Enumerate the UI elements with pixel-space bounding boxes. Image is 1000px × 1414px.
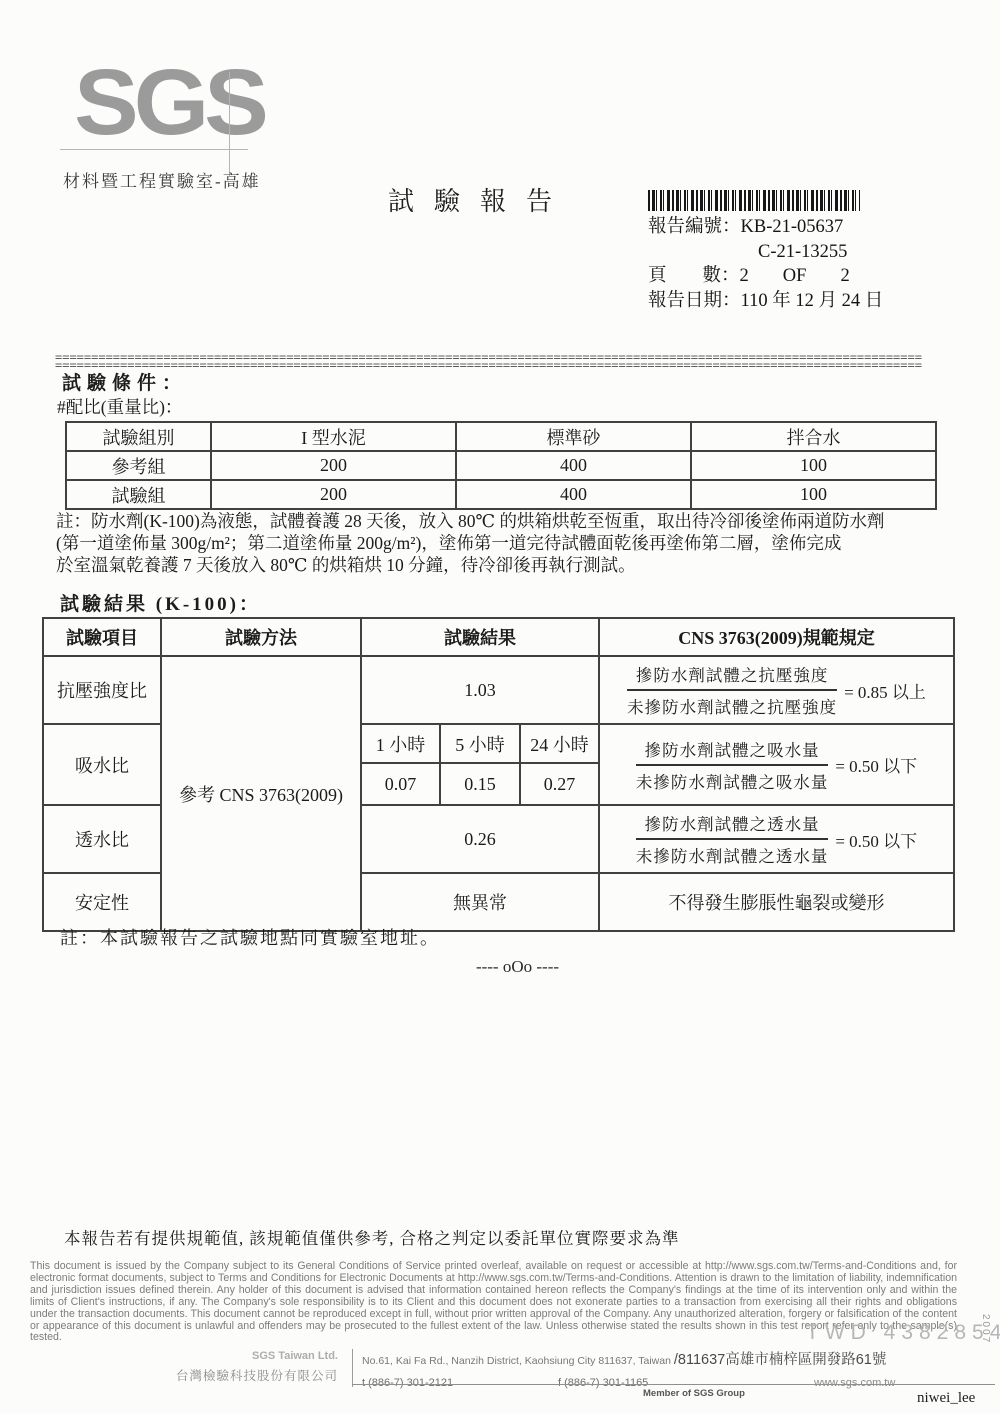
- company-name-en: SGS Taiwan Ltd.: [95, 1350, 338, 1362]
- absorption-value: 0.15: [440, 763, 520, 805]
- fraction-threshold: = 0.50 以下: [835, 827, 917, 852]
- report-info-block: 報告編號：KB-21-05637 C-21-13255 頁數：2OF2 報告日期…: [648, 190, 883, 313]
- mix-cell: 200: [211, 451, 456, 480]
- page-number-line: 頁數：2OF2: [648, 264, 883, 289]
- results-header-item: 試驗項目: [43, 618, 161, 656]
- fraction-numerator: 摻防水劑試體之透水量: [636, 811, 829, 840]
- absorption-value: 0.07: [361, 763, 440, 805]
- fraction-denominator: 未摻防水劑試體之抗壓強度: [627, 691, 837, 718]
- footer-horizontal-rule: [352, 1384, 995, 1385]
- absorption-time-header: 1 小時: [361, 724, 440, 763]
- result-item: 安定性: [43, 873, 161, 931]
- mix-table-row-reference: 參考組 200 400 100: [66, 451, 936, 480]
- page-label: 頁: [648, 266, 667, 286]
- result-value: 0.26: [361, 805, 599, 873]
- report-number-label: 報告編號：: [648, 217, 741, 237]
- mix-table-header-row: 試驗組別 I 型水泥 標準砂 拌合水: [66, 422, 936, 451]
- mix-header-cement: I 型水泥: [211, 422, 456, 451]
- company-name-zh: 台灣檢驗科技股份有限公司: [95, 1366, 338, 1384]
- mix-cell: 400: [456, 451, 691, 480]
- member-of-sgs-group: Member of SGS Group: [643, 1388, 745, 1399]
- page-of: OF: [783, 266, 807, 286]
- result-item: 透水比: [43, 805, 161, 873]
- mix-ratio-table: 試驗組別 I 型水泥 標準砂 拌合水 參考組 200 400 100 試驗組 2…: [65, 421, 937, 510]
- mix-cell: 參考組: [66, 451, 211, 480]
- separator-row: ========================================…: [55, 361, 940, 369]
- address-line: No.61, Kai Fa Rd., Nanzih District, Kaoh…: [362, 1348, 895, 1369]
- fraction-numerator: 摻防水劑試體之抗壓強度: [627, 662, 837, 691]
- mix-cell: 100: [691, 451, 936, 480]
- spec-fraction: 摻防水劑試體之透水量 未摻防水劑試體之透水量 = 0.50 以下: [602, 806, 951, 872]
- contact-line: t (886-7) 301-2121f (886-7) 301-1165www.…: [362, 1373, 895, 1391]
- website: www.sgs.com.tw: [814, 1377, 895, 1389]
- footer-vertical-divider: [352, 1349, 353, 1387]
- report-date-value: 110 年 12 月 24 日: [741, 291, 884, 311]
- crosshair-horizontal-line: [60, 149, 248, 150]
- result-item: 抗壓強度比: [43, 656, 161, 724]
- fraction-denominator: 未摻防水劑試體之透水量: [636, 840, 829, 867]
- report-number2-value: C-21-13255: [758, 242, 847, 262]
- fraction-numerator: 摻防水劑試體之吸水量: [636, 737, 829, 766]
- report-date-line: 報告日期：110 年 12 月 24 日: [648, 289, 883, 314]
- test-report-page: SGS 材料暨工程實驗室-高雄 試驗報告 報告編號：KB-21-05637 C-…: [0, 0, 1000, 1414]
- results-heading: 試驗結果 (K-100)：: [60, 589, 261, 619]
- conditions-note-line: (第一道塗佈量 300g/m²；第二道塗佈量 200g/m²)，塗佈第一道完待試…: [56, 533, 951, 555]
- lab-name: 材料暨工程實驗室-高雄: [63, 167, 261, 192]
- absorption-time-header: 5 小時: [440, 724, 520, 763]
- result-spec: 摻防水劑試體之抗壓強度 未摻防水劑試體之抗壓強度 = 0.85 以上: [599, 656, 954, 724]
- mix-header-group: 試驗組別: [66, 422, 211, 451]
- company-block: SGS Taiwan Ltd. 台灣檢驗科技股份有限公司: [95, 1350, 338, 1384]
- result-item: 吸水比: [43, 724, 161, 805]
- conditions-note-line: 註：防水劑(K-100)為液態，試體養護 28 天後，放入 80℃ 的烘箱烘乾至…: [56, 511, 951, 533]
- report-number-value: KB-21-05637: [741, 217, 844, 237]
- spec-fraction: 摻防水劑試體之抗壓強度 未摻防水劑試體之抗壓強度 = 0.85 以上: [602, 657, 951, 723]
- results-table: 試驗項目 試驗方法 試驗結果 CNS 3763(2009)規範規定 抗壓強度比 …: [42, 617, 955, 932]
- report-number-line: 報告編號：KB-21-05637: [648, 215, 883, 240]
- mix-ratio-subheading: #配比(重量比)：: [57, 394, 182, 419]
- result-spec: 不得發生膨脹性龜裂或變形: [599, 873, 954, 931]
- mix-cell: 100: [691, 480, 936, 509]
- results-header-method: 試驗方法: [161, 618, 361, 656]
- result-value: 1.03: [361, 656, 599, 724]
- fraction-threshold: = 0.50 以下: [835, 752, 917, 777]
- results-row-compressive: 抗壓強度比 參考 CNS 3763(2009) 1.03 摻防水劑試體之抗壓強度…: [43, 656, 954, 724]
- mix-table-row-test: 試驗組 200 400 100: [66, 480, 936, 509]
- spec-fraction: 摻防水劑試體之吸水量 未摻防水劑試體之吸水量 = 0.50 以下: [602, 732, 951, 798]
- conditions-heading: 試驗條件：: [62, 368, 187, 395]
- mix-header-sand: 標準砂: [456, 422, 691, 451]
- fraction-denominator: 未摻防水劑試體之吸水量: [636, 766, 829, 793]
- results-header-spec: CNS 3763(2009)規範規定: [599, 618, 954, 656]
- mix-cell: 試驗組: [66, 480, 211, 509]
- report-date-label: 報告日期：: [648, 291, 741, 311]
- crosshair-vertical-line: [229, 72, 230, 176]
- document-serial-watermark: TWD 4382854: [806, 1321, 1000, 1345]
- mix-cell: 200: [211, 480, 456, 509]
- conditions-note-line: 於室溫氣乾養護 7 天後放入 80℃ 的烘箱烘 10 分鐘，待冷卻後再執行測試。: [56, 555, 951, 577]
- barcode: [648, 190, 860, 211]
- result-value: 無異常: [361, 873, 599, 931]
- results-note: 註：本試驗報告之試驗地點同實驗室地址。: [60, 924, 440, 950]
- section-separator: ========================================…: [55, 353, 940, 369]
- page-label2: 數：: [703, 266, 740, 286]
- absorption-value: 0.27: [520, 763, 599, 805]
- result-spec: 摻防水劑試體之吸水量 未摻防水劑試體之吸水量 = 0.50 以下: [599, 724, 954, 805]
- separator-row: ========================================…: [55, 353, 940, 361]
- signature: niwei_lee: [917, 1390, 975, 1407]
- mix-cell: 400: [456, 480, 691, 509]
- end-of-report-mark: ---- oOo ----: [0, 957, 1000, 977]
- mix-header-water: 拌合水: [691, 422, 936, 451]
- spec-reference-note: 本報告若有提供規範值, 該規範值僅供參考, 合格之判定以委託單位實際要求為準: [64, 1225, 680, 1249]
- conditions-note: 註：防水劑(K-100)為液態，試體養護 28 天後，放入 80℃ 的烘箱烘乾至…: [56, 511, 951, 576]
- report-number2-line: C-21-13255: [648, 240, 883, 265]
- results-header-row: 試驗項目 試驗方法 試驗結果 CNS 3763(2009)規範規定: [43, 618, 954, 656]
- result-spec: 摻防水劑試體之透水量 未摻防水劑試體之透水量 = 0.50 以下: [599, 805, 954, 873]
- document-title: 試驗報告: [388, 181, 572, 218]
- sgs-logo: SGS: [74, 58, 264, 146]
- results-header-result: 試驗結果: [361, 618, 599, 656]
- edge-code: 2007: [980, 1314, 991, 1344]
- page-value: 2: [740, 266, 749, 286]
- page-total: 2: [840, 266, 849, 286]
- address-en: No.61, Kai Fa Rd., Nanzih District, Kaoh…: [362, 1355, 674, 1367]
- result-method: 參考 CNS 3763(2009): [161, 656, 361, 931]
- address-zh: /811637高雄市楠梓區開發路61號: [674, 1352, 886, 1368]
- absorption-time-header: 24 小時: [520, 724, 599, 763]
- phone-number: t (886-7) 301-2121: [362, 1377, 558, 1389]
- fraction-threshold: = 0.85 以上: [844, 678, 926, 703]
